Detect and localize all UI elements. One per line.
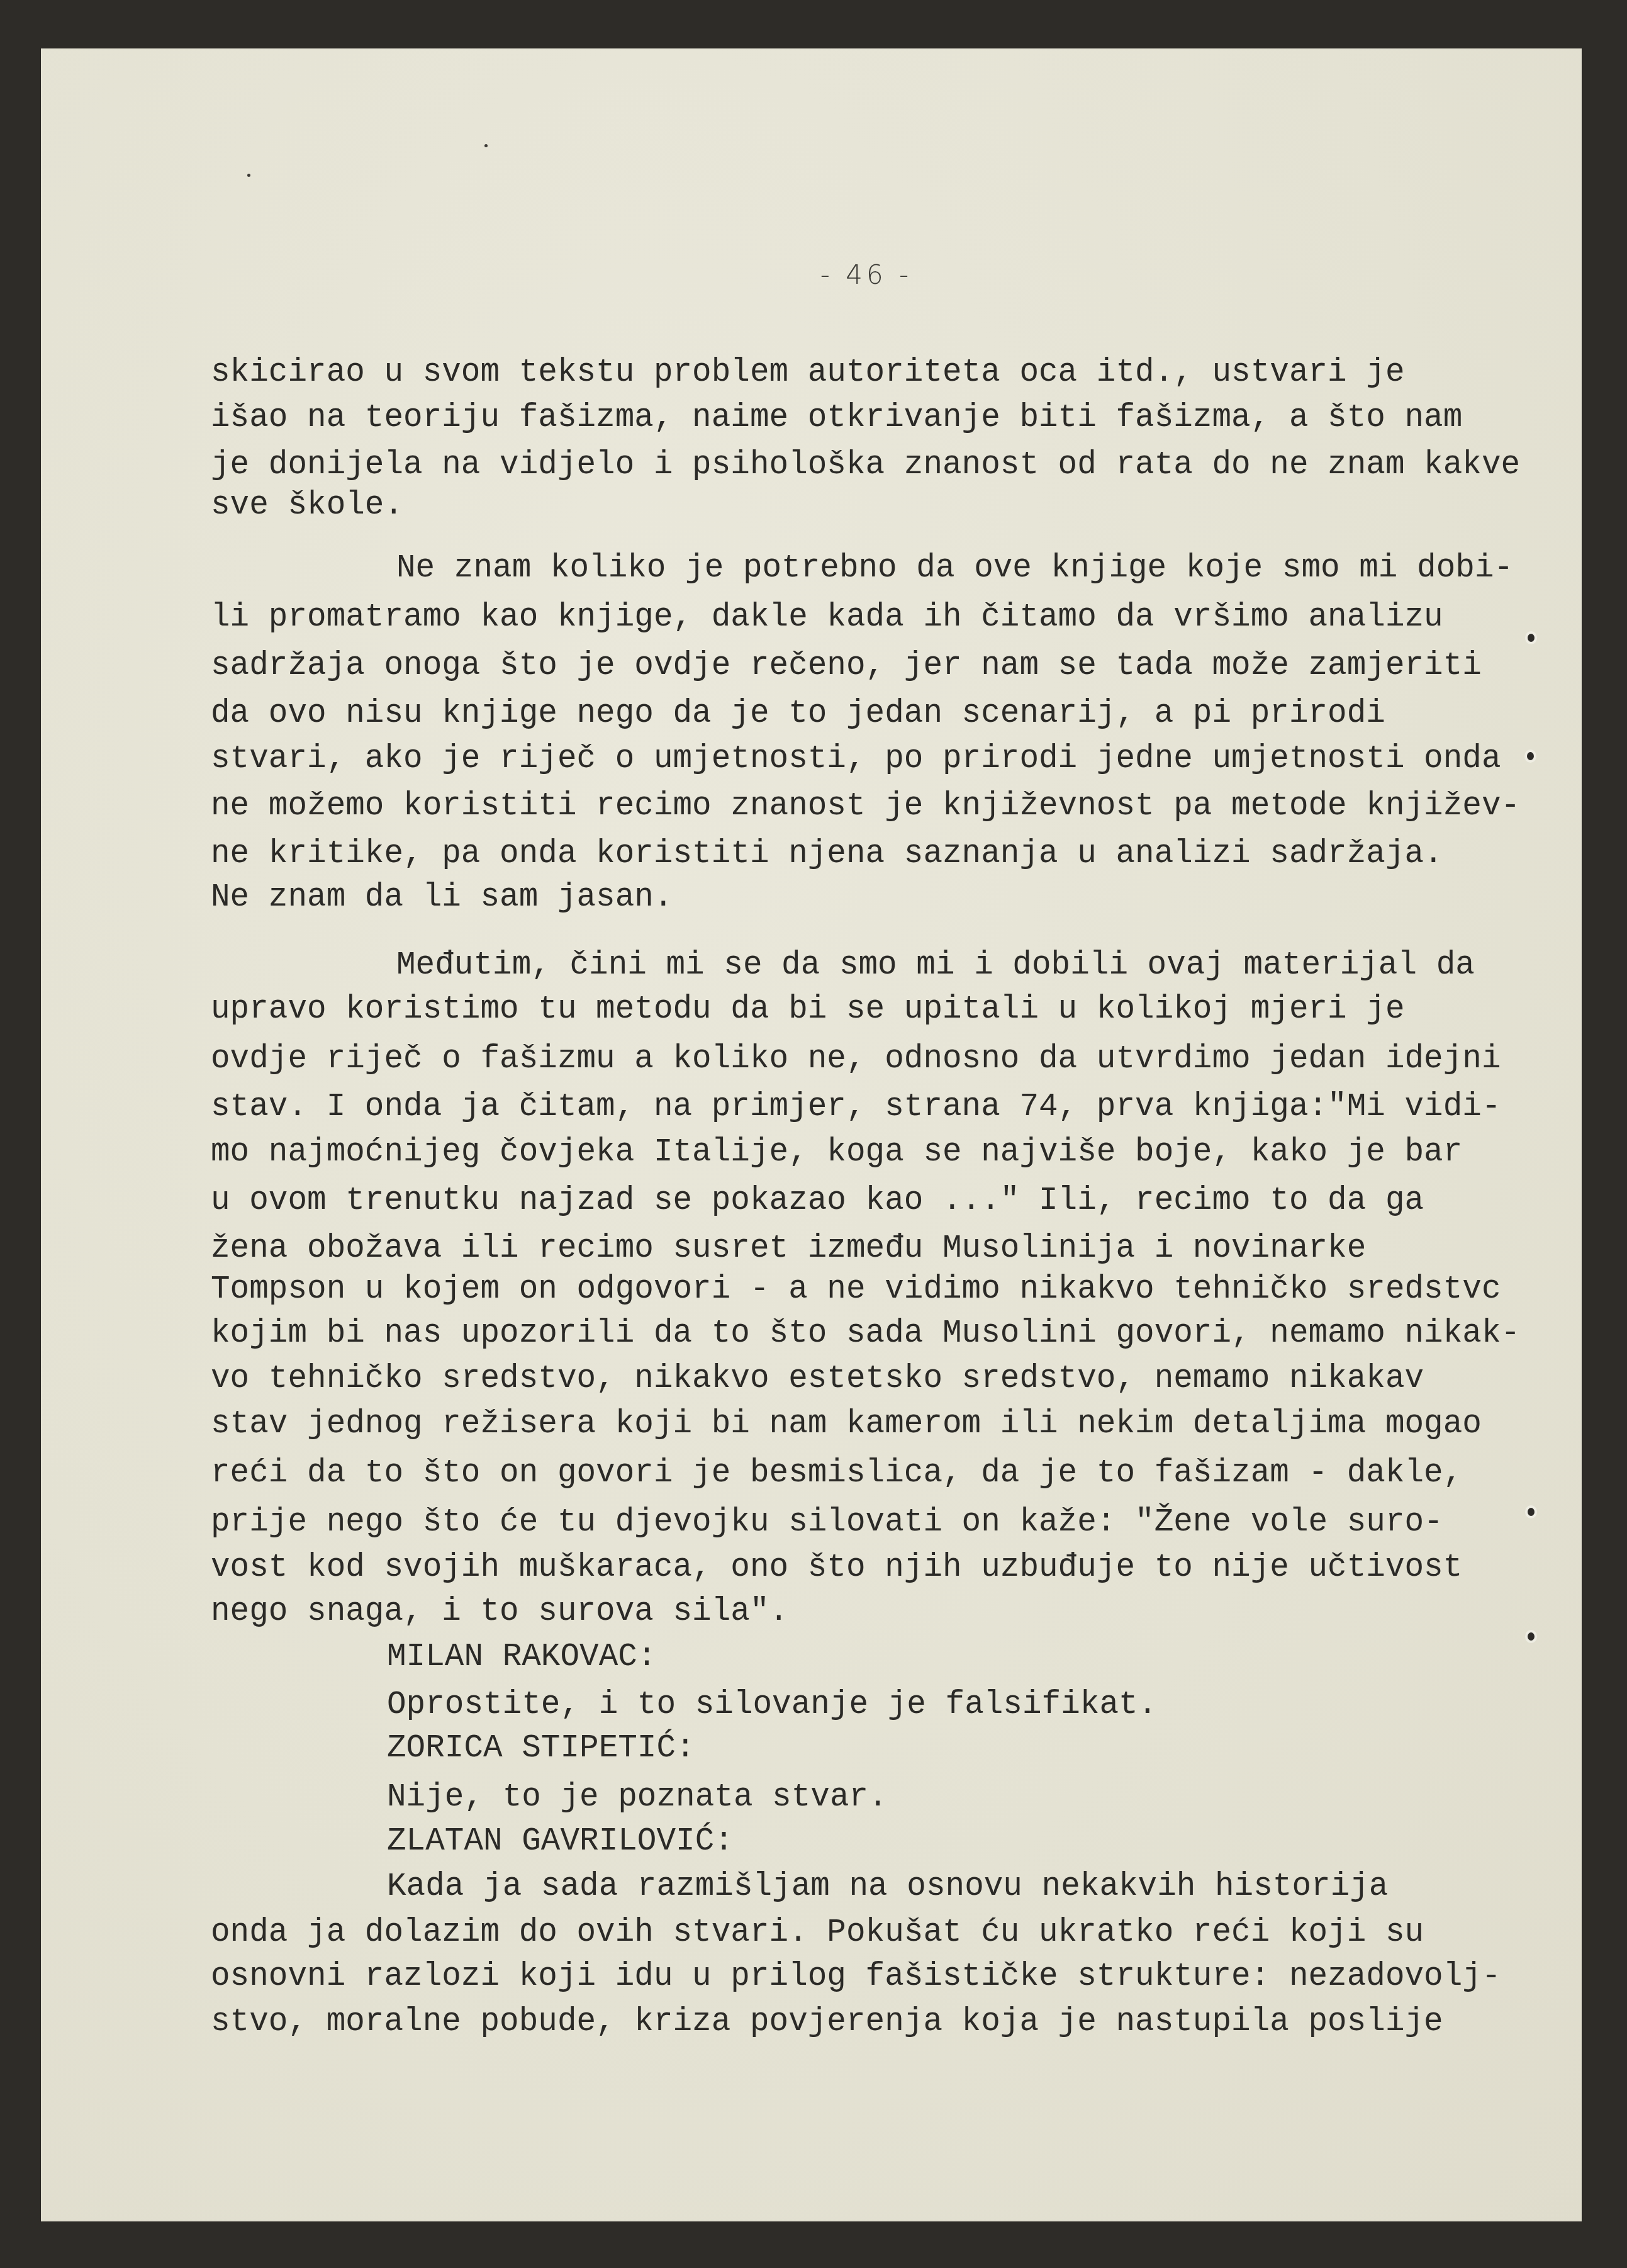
text-line: reći da to što on govori je besmislica, … bbox=[211, 1455, 1462, 1493]
text-line: u ovom trenutku najzad se pokazao kao ..… bbox=[211, 1182, 1424, 1220]
text-line: išao na teoriju fašizma, naime otkrivanj… bbox=[211, 400, 1462, 437]
page-number: - 46 - bbox=[775, 259, 958, 290]
text-line: Tompson u kojem on odgovori - a ne vidim… bbox=[211, 1271, 1501, 1309]
text-line: prije nego što će tu djevojku silovati o… bbox=[211, 1504, 1443, 1542]
speaker-name: ZORICA STIPETIĆ: bbox=[387, 1730, 695, 1768]
text-line: je donijela na vidjelo i psihološka znan… bbox=[211, 447, 1520, 485]
text-line: vost kod svojih muškaraca, ono što njih … bbox=[211, 1549, 1462, 1587]
text-line: kojim bi nas upozorili da to što sada Mu… bbox=[211, 1315, 1520, 1353]
text-line: upravo koristimo tu metodu da bi se upit… bbox=[211, 991, 1405, 1029]
text-line: vo tehničko sredstvo, nikakvo estetsko s… bbox=[211, 1361, 1424, 1398]
text-line: ne kritike, pa onda koristiti njena sazn… bbox=[211, 836, 1443, 873]
text-line: sve škole. bbox=[211, 487, 403, 525]
text-line: stav. I onda ja čitam, na primjer, stran… bbox=[211, 1089, 1501, 1126]
text-line: Nije, to je poznata stvar. bbox=[387, 1779, 888, 1817]
text-line: stav jednog režisera koji bi nam kamerom… bbox=[211, 1406, 1482, 1444]
text-line: Međutim, čini mi se da smo mi i dobili o… bbox=[396, 947, 1475, 985]
punch-hole-icon bbox=[1527, 752, 1534, 760]
text-line: mo najmoćnijeg čovjeka Italije, koga se … bbox=[211, 1134, 1462, 1172]
ink-speck-icon bbox=[247, 174, 250, 177]
ink-speck-icon bbox=[484, 144, 488, 147]
punch-hole-icon bbox=[1528, 634, 1535, 642]
text-line: Oprostite, i to silovanje je falsifikat. bbox=[387, 1687, 1157, 1724]
text-line: ne možemo koristiti recimo znanost je kn… bbox=[211, 788, 1520, 826]
punch-hole-icon bbox=[1528, 1632, 1535, 1641]
text-line: stvo, moralne pobude, kriza povjerenja k… bbox=[211, 2004, 1443, 2041]
text-line: skicirao u svom tekstu problem autoritet… bbox=[211, 354, 1405, 392]
text-line: žena obožava ili recimo susret između Mu… bbox=[211, 1230, 1366, 1268]
speaker-name: ZLATAN GAVRILOVIĆ: bbox=[387, 1823, 734, 1861]
text-line: osnovni razlozi koji idu u prilog fašist… bbox=[211, 1958, 1501, 1996]
speaker-name: MILAN RAKOVAC: bbox=[387, 1639, 656, 1676]
text-line: sadržaja onoga što je ovdje rečeno, jer … bbox=[211, 648, 1482, 685]
text-line: stvari, ako je riječ o umjetnosti, po pr… bbox=[211, 741, 1501, 778]
text-line: li promatramo kao knjige, dakle kada ih … bbox=[211, 599, 1443, 637]
text-line: nego snaga, i to surova sila". bbox=[211, 1593, 788, 1631]
text-line: Kada ja sada razmišljam na osnovu nekakv… bbox=[387, 1868, 1388, 1906]
text-line: onda ja dolazim do ovih stvari. Pokušat … bbox=[211, 1914, 1424, 1952]
text-line: da ovo nisu knjige nego da je to jedan s… bbox=[211, 695, 1385, 733]
text-line: Ne znam koliko je potrebno da ove knjige… bbox=[396, 550, 1513, 588]
text-line: ovdje riječ o fašizmu a koliko ne, odnos… bbox=[211, 1041, 1501, 1079]
punch-hole-icon bbox=[1528, 1508, 1535, 1516]
text-line: Ne znam da li sam jasan. bbox=[211, 879, 673, 917]
